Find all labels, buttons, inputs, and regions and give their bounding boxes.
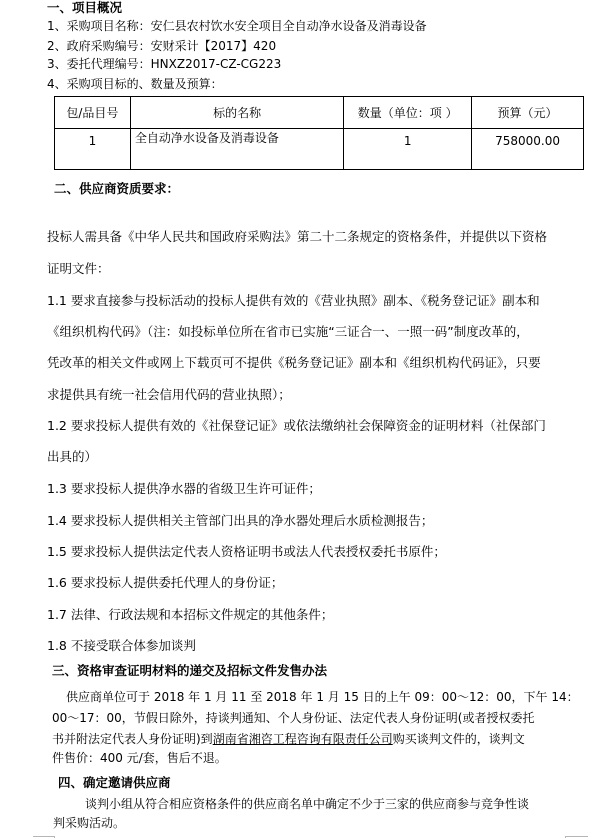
intro-line-2: 证明文件：: [47, 263, 110, 276]
header-quantity: 数量（单位：项 ）: [344, 97, 472, 129]
table-row: 1 全自动净水设备及消毒设备 1 758000.00: [55, 129, 584, 170]
budget-intro-line: 4、采购项目标的、数量及预算：: [47, 78, 223, 90]
requirement-1-1-line-1: 1.1 要求直接参与投标活动的投标人提供有效的《营业执照》副本、《税务登记证》副…: [47, 295, 540, 308]
cell-item-name: 全自动净水设备及消毒设备: [130, 129, 344, 170]
cell-quantity: 1: [344, 129, 472, 170]
project-name-line: 1、采购项目名称：安仁县农村饮水安全项目全自动净水设备及消毒设备: [47, 20, 427, 32]
cell-package-number: 1: [55, 129, 131, 170]
requirement-1-1-line-2: 《组织机构代码》（注：如投标单位所在省市已实施“三证合一、一照一码”制度改革的，: [47, 326, 529, 339]
procurement-table: 包/品目号 标的名称 数量（单位：项 ） 预算（元） 1 全自动净水设备及消毒设…: [54, 96, 584, 170]
requirement-1-2-line-2: 出具的）: [47, 451, 97, 464]
requirement-1-4: 1.4 要求投标人提供相关主管部门出具的净水器处理后水质检测报告；: [47, 515, 433, 528]
section-heading-project-overview: 一、项目概况: [47, 2, 122, 15]
section-heading-document-sale: 三、资格审查证明材料的递交及招标文件发售办法: [52, 665, 327, 678]
page-corner-mark-right: [565, 836, 588, 837]
sale-line-1: 供应商单位可于 2018 年 1 月 11 至 2018 年 1 月 15 日的…: [66, 691, 579, 703]
invite-line-1: 谈判小组从符合相应资格条件的供应商名单中确定不少于三家的供应商参与竞争性谈: [85, 798, 529, 810]
sale-line-3-suffix: 购买谈判文件的，谈判文: [393, 732, 525, 746]
requirement-1-6: 1.6 要求投标人提供委托代理人的身份证；: [47, 577, 283, 590]
agency-number-line: 3、委托代理编号：HNXZ2017-CZ-CG223: [47, 58, 281, 70]
requirement-1-5: 1.5 要求投标人提供法定代表人资格证明书或法人代表授权委托书原件；: [47, 546, 446, 559]
invite-line-2: 判采购活动。: [53, 817, 125, 829]
sale-line-2: 00～17：00，节假日除外，持谈判通知、个人身份证、法定代表人身份证明(或者授…: [52, 712, 535, 724]
header-item-name: 标的名称: [130, 97, 344, 129]
section-heading-invite-suppliers: 四、确定邀请供应商: [58, 777, 171, 790]
agency-company-link[interactable]: 湖南省湘咨工程咨询有限责任公司: [213, 732, 393, 746]
cell-budget: 758000.00: [472, 129, 584, 170]
requirement-1-7: 1.7 法律、行政法规和本招标文件规定的其他条件；: [47, 609, 333, 622]
requirement-1-3: 1.3 要求投标人提供净水器的省级卫生许可证件；: [47, 483, 321, 496]
header-budget: 预算（元）: [472, 97, 584, 129]
sale-line-3: 书并附法定代表人身份证明)到湖南省湘咨工程咨询有限责任公司购买谈判文件的，谈判文: [52, 733, 525, 745]
page-corner-mark-left: [33, 836, 55, 837]
sale-line-4: 件售价：400 元/套，售后不退。: [52, 752, 227, 764]
requirement-1-8: 1.8 不接受联合体参加谈判: [47, 640, 196, 653]
requirement-1-1-line-3: 凭改革的相关文件或网上下载页可不提供《税务登记证》副本和《组织机构代码证》，只要: [47, 357, 541, 370]
requirement-1-2-line-1: 1.2 要求投标人提供有效的《社保登记证》或依法缴纳社会保障资金的证明材料（社保…: [47, 420, 546, 433]
section-heading-supplier-qualifications: 二、供应商资质要求：: [54, 183, 179, 196]
procurement-number-line: 2、政府采购编号：安财采计【2017】420: [47, 40, 276, 52]
table-header-row: 包/品目号 标的名称 数量（单位：项 ） 预算（元）: [55, 97, 584, 129]
intro-line-1: 投标人需具备《中华人民共和国政府采购法》第二十二条规定的资格条件，并提供以下资格: [47, 231, 547, 244]
requirement-1-1-line-4: 求提供具有统一社会信用代码的营业执照）；: [47, 389, 291, 402]
header-package-number: 包/品目号: [55, 97, 131, 129]
sale-line-3-prefix: 书并附法定代表人身份证明)到: [52, 732, 213, 746]
